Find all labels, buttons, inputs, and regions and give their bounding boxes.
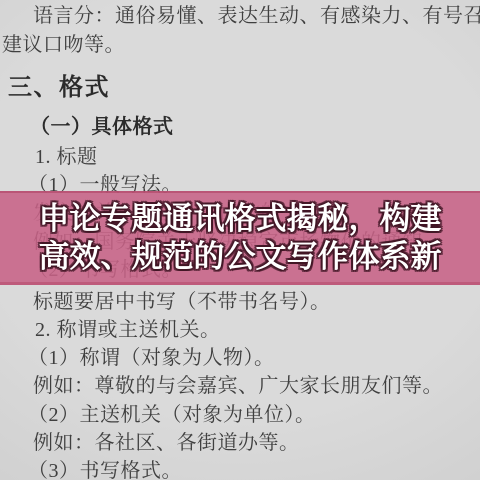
banner-title-line-2: 高效、规范的公文写作体系新 [39, 238, 442, 276]
doc-line-example-guests: 例如：尊敬的与会嘉宾、广大家长朋友们等。 [33, 375, 443, 398]
doc-line-example-communities: 例如：各社区、各街道办等。 [33, 432, 300, 455]
doc-line-language-note: 语言分：通俗易懂、表达生动、有感染力、有号召力、态度诚恳 [33, 5, 480, 28]
doc-line-title-centering-rule: 标题要居中书写（不带书名号）。 [33, 291, 331, 314]
title-banner-overlay: 申论专题通讯格式揭秘，构建 高效、规范的公文写作体系新 [0, 191, 480, 285]
subitem-salutation-person: （1）称谓（对象为人物）。 [28, 347, 275, 370]
banner-title-line-1: 申论专题通讯格式揭秘，构建 [39, 200, 442, 238]
article-screenshot: 语言分：通俗易懂、表达生动、有感染力、有号召力、态度诚恳 建议口吻等。 三、格式… [0, 0, 480, 480]
section-heading-format: 三、格式 [8, 74, 110, 101]
item-2-salutation: 2. 称谓或主送机关。 [35, 319, 221, 342]
subsection-heading-specific-format: （一）具体格式 [30, 116, 174, 139]
subitem-main-recipient-unit: （2）主送机关（对象为单位）。 [28, 404, 316, 427]
doc-line-language-note-cont: 建议口吻等。 [2, 34, 125, 57]
subitem-writing-format-salutation: （3）书写格式。 [28, 460, 182, 480]
item-1-title: 1. 标题 [35, 146, 98, 169]
